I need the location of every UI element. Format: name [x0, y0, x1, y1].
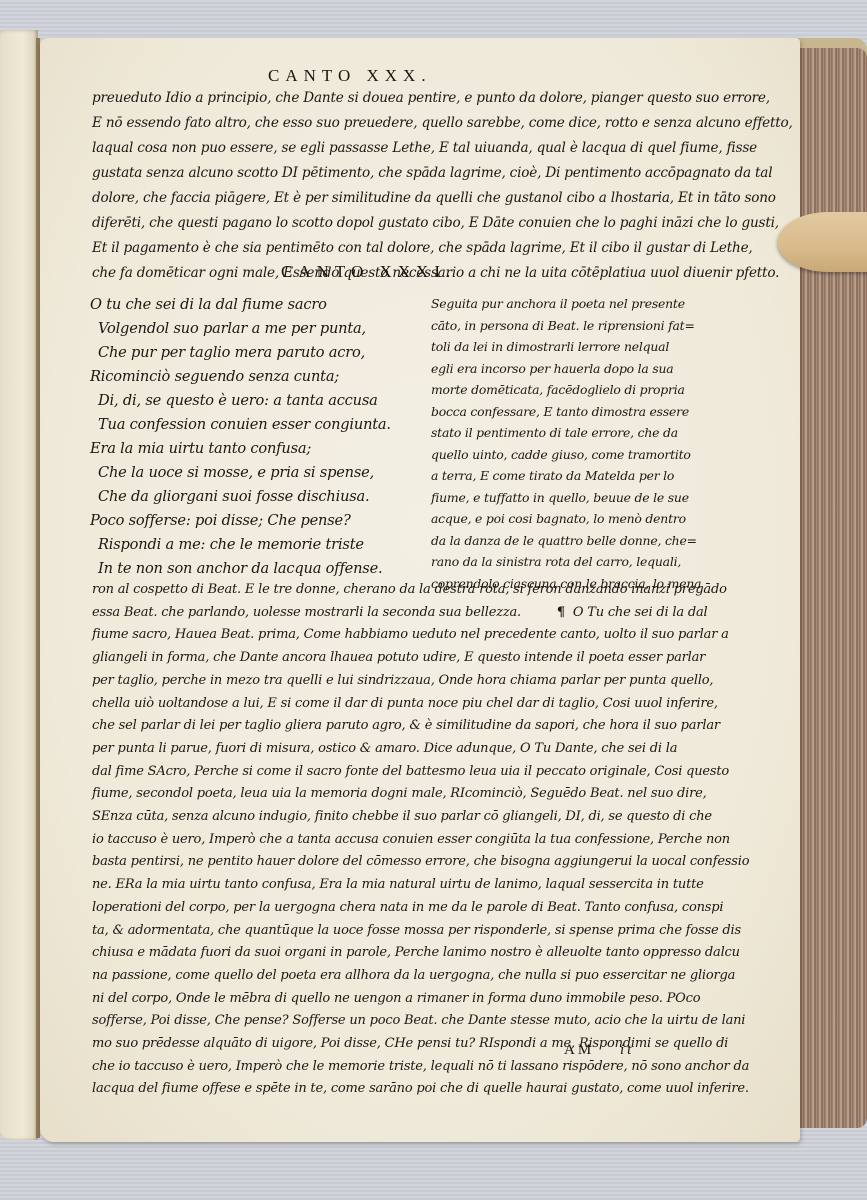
commentary-line: fiume sacro, Hauea Beat. prima, Come hab… [92, 627, 729, 642]
left-page-edge [0, 30, 38, 1140]
verse-line: Poco sofferse: poi disse; Che pense? [90, 512, 351, 529]
side-commentary-line: a terra, E come tirato da Matelda per lo [431, 468, 674, 483]
commentary-text: essa Beat. che parlando, uolesse mostrar… [92, 605, 521, 620]
commentary-line: E nō essendo fato altro, che esso suo pr… [92, 115, 793, 131]
commentary-lemma: O Tu che sei di la dal [573, 605, 708, 620]
side-commentary-line: bocca confessare, E tanto dimostra esser… [431, 404, 689, 419]
side-commentary-line: Seguita pur anchora il poeta nel present… [431, 296, 685, 311]
commentary-line: lacqua del fiume offese e spēte in te, c… [92, 1081, 749, 1096]
commentary-line: ne. ERa la mia uirtu tanto confusa, Era … [92, 877, 704, 892]
side-commentary-line: quello uinto, cadde giuso, come tramorti… [431, 447, 691, 462]
verse-line: In te non son anchor da lacqua offense. [98, 560, 382, 577]
side-commentary-line: stato il pentimento di tale errore, che … [431, 425, 678, 440]
canto-xxxi-heading: CANTO XXXI. [281, 262, 456, 282]
canto-xxx-heading: CANTO XXX. [268, 66, 432, 86]
commentary-line: basta pentirsi, ne pentito hauer dolore … [92, 854, 749, 869]
wooden-page-weight [778, 212, 867, 272]
commentary-line: che sel parlar di lei per taglio gliera … [92, 718, 720, 733]
verse-line: Volgendol suo parlar a me per punta, [98, 320, 366, 337]
verse-line: Di, di, se questo è uero: a tanta accusa [98, 392, 378, 409]
verse-line: O tu che sei di la dal fiume sacro [90, 296, 327, 313]
side-commentary-line: rano da la sinistra rota del carro, lequ… [431, 554, 681, 569]
commentary-line: gliangeli in forma, che Dante ancora lha… [92, 650, 705, 665]
catchword: it [620, 1042, 634, 1059]
commentary-line: diferēti, che questi pagano lo scotto do… [92, 215, 779, 231]
side-commentary-line: da la danza de le quattro belle donne, c… [431, 533, 697, 548]
commentary-line: chiusa e mādata fuori da suoi organi in … [92, 945, 740, 960]
commentary-line: ni del corpo, Onde le mēbra di quello ne… [92, 991, 700, 1006]
commentary-line: preueduto Idio a principio, che Dante si… [92, 90, 770, 106]
pilcrow-icon: ¶ [557, 605, 565, 620]
commentary-line: Et il pagamento è che sia pentimēto con … [92, 240, 753, 256]
verse-line: Che pur per taglio mera paruto acro, [98, 344, 365, 361]
commentary-line: dal fime SAcro, Perche si come il sacro … [92, 764, 729, 779]
canto-xxx-commentary: preueduto Idio a principio, che Dante si… [92, 90, 732, 290]
verse-block: O tu che sei di la dal fiume sacro Volge… [90, 296, 430, 596]
side-commentary-line: egli era incorso per hauerla dopo la sua [431, 361, 674, 376]
verse-line: Era la mia uirtu tanto confusa; [90, 440, 311, 457]
verse-line: Rispondi a me: che le memorie triste [98, 536, 364, 553]
commentary-line: na passione, come quello del poeta era a… [92, 968, 735, 983]
commentary-line: per punta li parue, fuori di misura, ost… [92, 741, 677, 756]
side-commentary-line: toli da lei in dimostrarli lerrore nelqu… [431, 339, 669, 354]
book-page: CANTO XXX. preueduto Idio a principio, c… [40, 38, 800, 1142]
commentary-line: loperationi del corpo, per la uergogna c… [92, 900, 723, 915]
commentary-line: per taglio, perche in mezo tra quelli e … [92, 673, 713, 688]
commentary-line: sofferse, Poi disse, Che pense? Sofferse… [92, 1013, 745, 1028]
verse-line: Che da gliorgani suoi fosse dischiusa. [98, 488, 370, 505]
commentary-line: dolore, che faccia piāgere, Et è per sim… [92, 190, 776, 206]
commentary-line: essa Beat. che parlando, uolesse mostrar… [92, 605, 707, 620]
commentary-line: ta, & adormentata, che quantūque la uoce… [92, 923, 741, 938]
commentary-line: ron al cospetto di Beat. E le tre donne,… [92, 582, 727, 597]
commentary-line: che io taccuso è uero, Imperò che le mem… [92, 1059, 749, 1074]
side-commentary-line: cāto, in persona di Beat. le riprensioni… [431, 318, 695, 333]
verse-line: Che la uoce si mosse, e pria si spense, [98, 464, 374, 481]
commentary-line: chella uiò uoltandose a lui, E si come i… [92, 696, 718, 711]
verse-line: Ricominciò seguendo senza cunta; [90, 368, 339, 385]
side-commentary-line: morte domēticata, facēdoglielo di propri… [431, 382, 685, 397]
side-commentary-line: fiume, e tuffatto in quello, beuue de le… [431, 490, 689, 505]
page-block-fore-edge [796, 48, 867, 1128]
commentary-line: gustata senza alcuno scotto DI pētimento… [92, 165, 772, 181]
commentary-line: laqual cosa non puo essere, se egli pass… [92, 140, 757, 156]
side-commentary-line: acque, e poi cosi bagnato, lo menò dentr… [431, 511, 686, 526]
canto-xxxi-commentary: ron al cospetto di Beat. E le tre donne,… [92, 582, 732, 1062]
commentary-line: fiume, secondol poeta, leua uia la memor… [92, 786, 707, 801]
verse-line: Tua confession conuien esser congiunta. [98, 416, 391, 433]
signature-mark: AM [564, 1042, 594, 1059]
commentary-line: io taccuso è uero, Imperò che a tanta ac… [92, 832, 730, 847]
commentary-line: SEnza cūta, senza alcuno indugio, finito… [92, 809, 712, 824]
